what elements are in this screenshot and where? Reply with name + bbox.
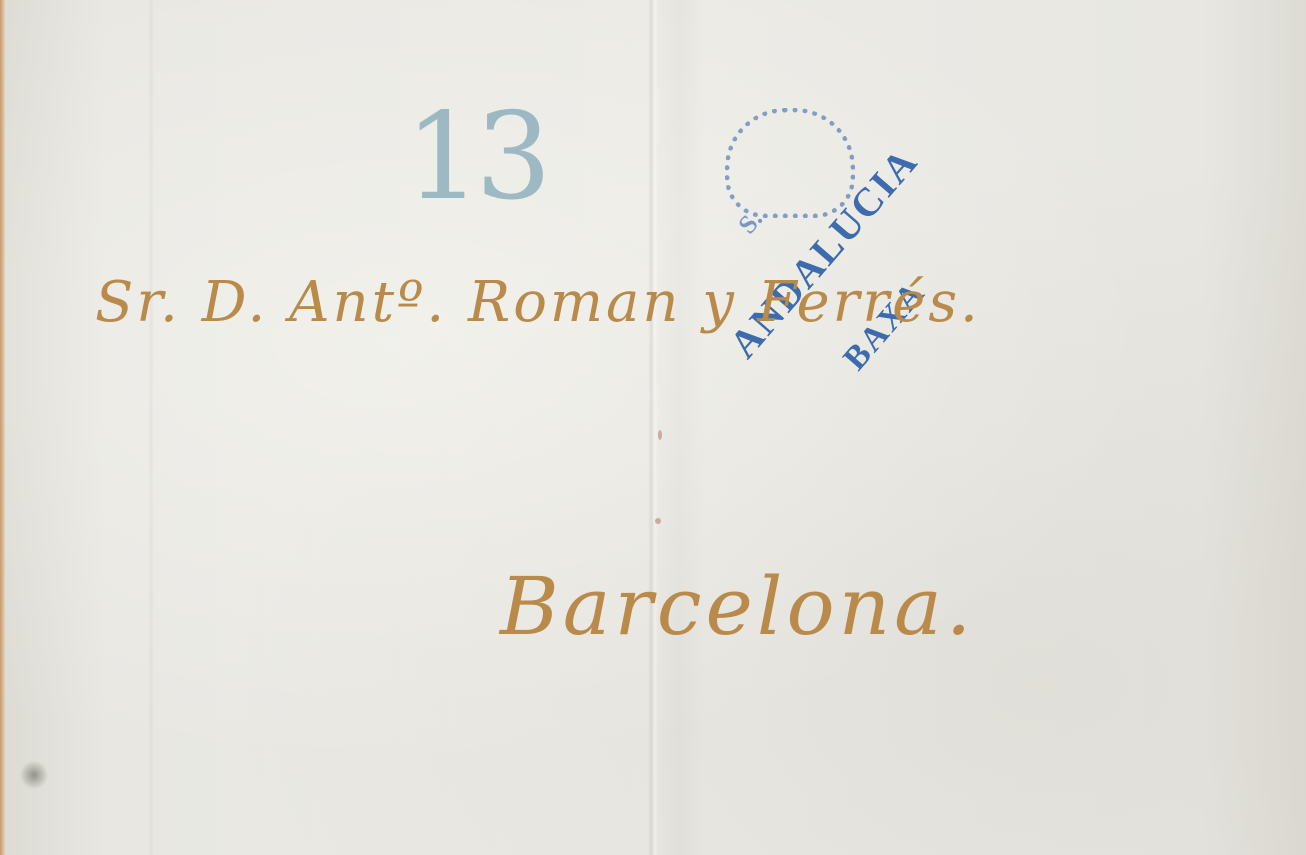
stain-spot	[655, 518, 661, 524]
letter-cover: 13 S. ANDALUCIA BAXA Sr. D. Antº. Roman …	[0, 0, 1306, 855]
rate-marking: 13	[405, 98, 546, 218]
paper-fold	[148, 0, 154, 855]
address-recipient: Sr. D. Antº. Roman y Ferrés.	[95, 270, 981, 335]
address-city: Barcelona.	[500, 560, 975, 653]
paper-fold-center	[648, 0, 658, 855]
stain-spot	[658, 430, 662, 440]
ink-smudge	[20, 760, 48, 790]
paper-edge	[0, 0, 5, 855]
postmark-stamp: S. ANDALUCIA BAXA	[715, 90, 1035, 430]
